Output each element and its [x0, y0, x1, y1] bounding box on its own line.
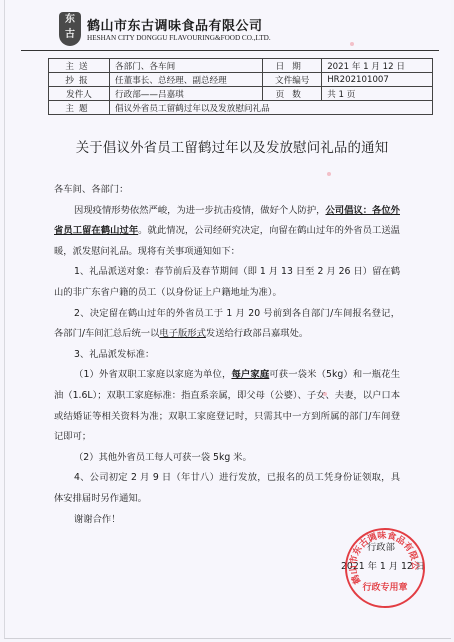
label-doc-number: 文件编号 [263, 73, 322, 87]
label-recipient: 主送 [49, 59, 110, 73]
item-3-2: （2）其他外省员工每人可获一袋 5kg 米。 [54, 448, 400, 469]
value-cc: 任董事长、总经理、副总经理 [110, 73, 263, 87]
table-row: 抄报 任董事长、总经理、副总经理 文件编号 HR202101007 [49, 73, 433, 87]
label-subject: 主题 [49, 101, 110, 115]
emphasis-per-household: 每户家庭 [231, 369, 269, 380]
value-sender: 行政部——吕嘉琪 [110, 87, 263, 101]
svg-text:鹤山市东古调味食品有限公司: 鹤山市东古调味食品有限公司 [347, 530, 420, 587]
document-title: 关于倡议外省员工留鹤过年以及发放慰问礼品的通知 [5, 137, 454, 156]
value-recipient: 各部门、各车间 [110, 59, 263, 73]
seal-ring-icon: 鹤山市东古调味食品有限公司 [347, 530, 423, 606]
value-subject: 倡议外省员工留鹤过年以及发放慰问礼品 [110, 101, 433, 115]
value-pages: 共 1 页 [322, 87, 433, 101]
table-row: 主送 各部门、各车间 日期 2021 年 1 月 12 日 [49, 59, 433, 73]
document-page: 东 古 鹤山市东古调味食品有限公司 HESHAN CITY DONGGU FLA… [4, 0, 451, 639]
company-seal: 鹤山市东古调味食品有限公司 行政专用章 [345, 528, 425, 608]
memo-info-table: 主送 各部门、各车间 日期 2021 年 1 月 12 日 抄报 任董事长、总经… [48, 58, 433, 115]
header-divider [21, 50, 439, 51]
emphasis-electronic: 电子版形式 [159, 328, 206, 339]
intro-paragraph: 因现疫情形势依然严峻，为进一步抗击疫情，做好个人防护，公司倡议：各位外省员工留在… [54, 201, 400, 263]
company-name-cn: 鹤山市东古调味食品有限公司 [87, 15, 263, 34]
salutation: 各车间、各部门： [54, 180, 400, 201]
table-row: 主题 倡议外省员工留鹤过年以及发放慰问礼品 [49, 101, 433, 115]
item-3: 3、礼品派发标准： [54, 345, 400, 366]
value-date: 2021 年 1 月 12 日 [322, 59, 433, 73]
scan-speckle [327, 172, 331, 176]
item-3-1: （1）外省双职工家庭以家庭为单位，每户家庭可获一袋米（5kg）和一瓶花生油（1.… [54, 365, 400, 447]
value-doc-number: HR202101007 [322, 73, 433, 87]
item-1: 1、礼品派送对象：春节前后及春节期间（即 1 月 13 日至 2 月 26 日）… [54, 262, 400, 303]
table-row: 发件人 行政部——吕嘉琪 页数 共 1 页 [49, 87, 433, 101]
label-pages: 页数 [263, 87, 322, 101]
closing: 谢谢合作！ [54, 510, 400, 531]
document-body: 各车间、各部门： 因现疫情形势依然严峻，为进一步抗击疫情，做好个人防护，公司倡议… [54, 180, 400, 530]
company-logo: 东 古 [59, 12, 81, 46]
label-date: 日期 [263, 59, 322, 73]
label-sender: 发件人 [49, 87, 110, 101]
scan-speckle [350, 42, 354, 46]
label-cc: 抄报 [49, 73, 110, 87]
item-4: 4、公司初定 2 月 9 日（年廿八）进行发放，已报名的员工凭身份证领取，具体安… [54, 468, 400, 509]
item-2: 2、决定留在鹤山过年的外省员工于 1 月 20 号前到各自部门/车间报名登记，各… [54, 304, 400, 345]
scan-speckle [323, 392, 327, 396]
seal-foot-text: 行政专用章 [357, 580, 413, 593]
company-name-en: HESHAN CITY DONGGU FLAVOURING&FOOD CO.,L… [87, 34, 271, 42]
